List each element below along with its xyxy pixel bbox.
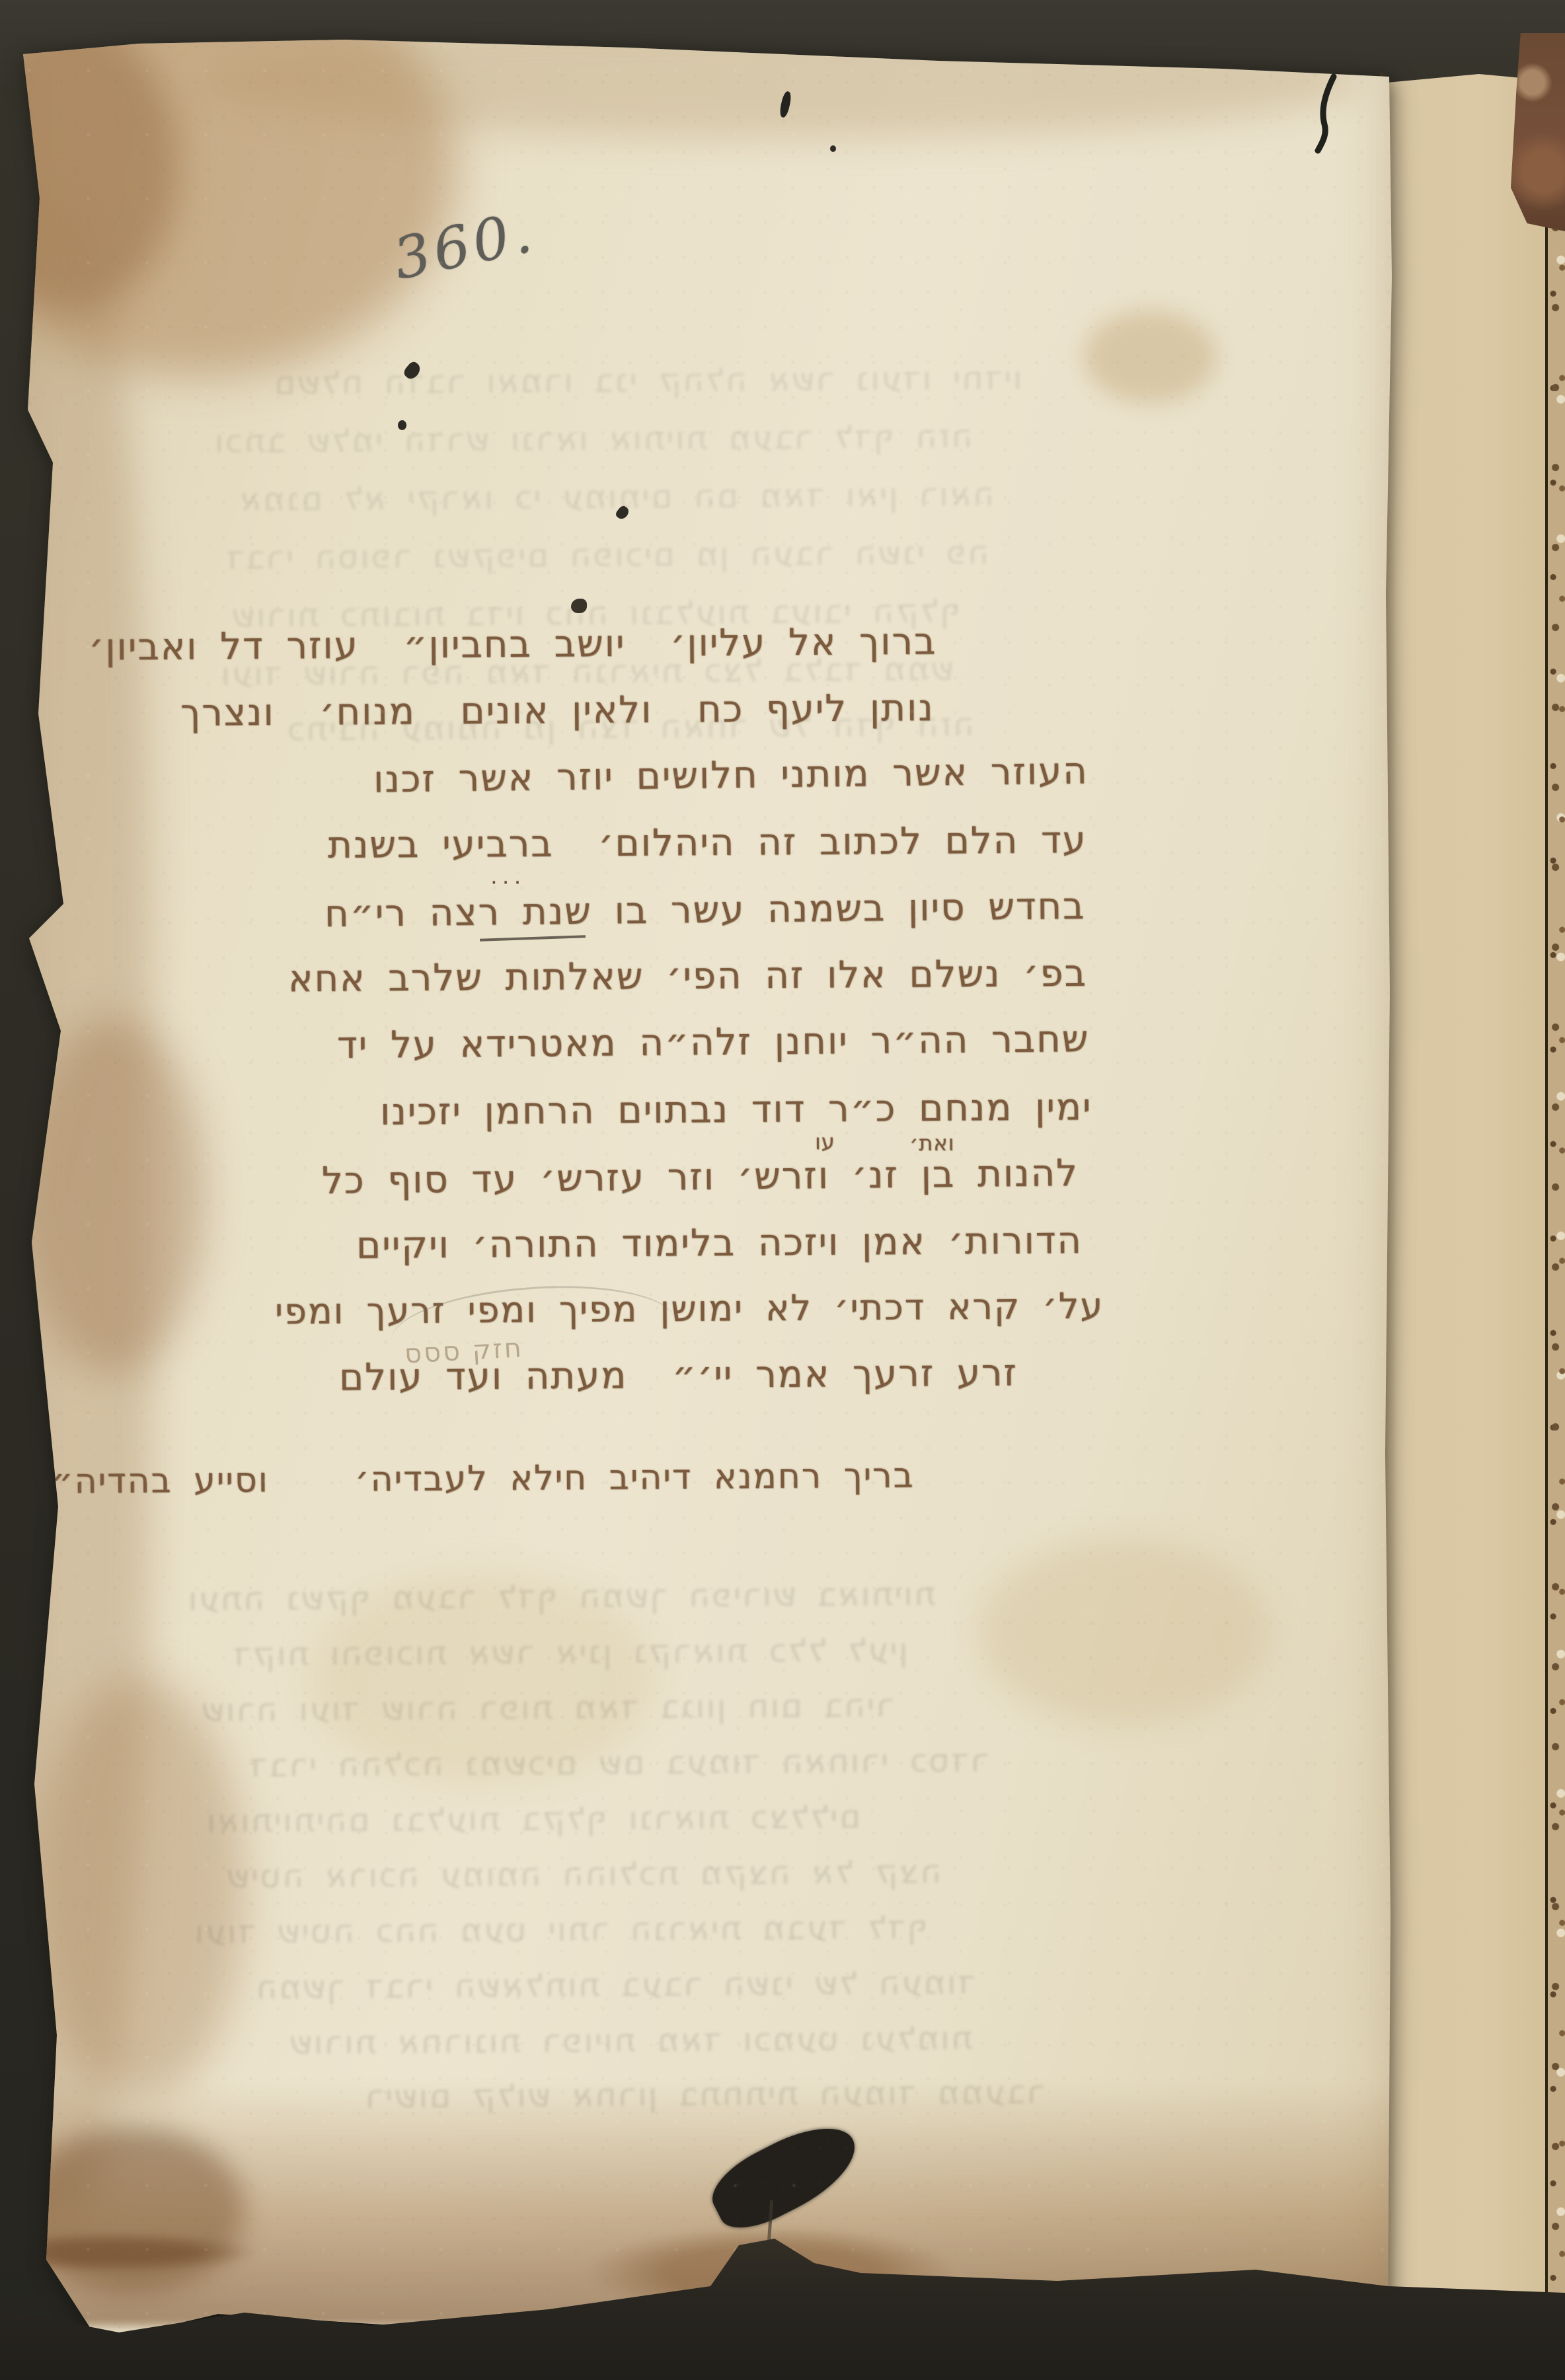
bleedthrough-line: המשך דברי השאלתות בעבר השני של העמוד — [254, 1963, 1140, 2006]
bleedthrough-line: ועוד שיטה כהה מעט יותר הנראית מבעד לדף — [193, 1908, 1151, 1951]
parchment-surface: םשלח הדבר ואמרו בני קהלה אשר נועדו יחדיו… — [0, 0, 1401, 2380]
stain-top-left — [0, 0, 456, 377]
ink-speck-2 — [398, 420, 406, 430]
stain-top-left-dark — [0, 20, 178, 311]
bleedthrough-line: ועוד שורה רפה מאד הנראית כצל בלבד ממש — [219, 650, 1151, 693]
interlinear-note-2: עו — [815, 1131, 835, 1152]
ink-speck-1 — [402, 360, 423, 382]
bleedthrough-line: שורות כתובות בדיו כהה ונבלעות בעובי הקלף — [230, 591, 1142, 635]
bleedthrough-line: כתיבה עמומה מן הצד האחר של הדף הזה — [286, 706, 1131, 749]
bleedthrough-line: שורה ועוד שורה רפות מאד בגוון חום בהיר — [200, 1686, 1151, 1729]
stain-center-low — [311, 1573, 654, 1784]
closing-blessing-line: בריך רחמנא דיהיב חילא לעבדיה׳ וסייע בהדי… — [51, 1458, 915, 1499]
bleedthrough-line: דקות והפוכות אשר אינן נקראות כלל לעין — [231, 1630, 1143, 1674]
manuscript-leaf: םשלח הדבר ואמרו בני קהלה אשר נועדו יחדיו… — [0, 0, 1565, 2380]
manuscript-photo: םשלח הדבר ואמרו בני קהלה אשר נועדו יחדיו… — [0, 0, 1565, 2380]
ink-blob-bottom — [701, 2111, 868, 2241]
colophon-line-8: ימין מנחם כ״ר דוד נבתוים הרחמן יזכינו — [379, 1089, 1092, 1131]
colophon-line-7: שחבר הה״ר יוחנן זלה״ה מאטרידא על יד — [336, 1021, 1089, 1064]
date-underline — [480, 935, 586, 942]
colophon-line-4: עד הלם לכתוב זה היהלום׳ ברביעי בשנת — [328, 822, 1087, 864]
faded-margin-note: חזק ססס — [404, 1333, 524, 1369]
tiny-top-dot — [830, 145, 836, 152]
stain-mid-right — [978, 1540, 1269, 1725]
colophon-line-10: הדורות׳ אמן ויזכה בלימוד התורה׳ ויקיים — [356, 1222, 1083, 1265]
stain-left-column — [0, 198, 152, 2213]
interlinear-note-1: ואת׳ — [909, 1133, 954, 1154]
bleedthrough-line: ועתה נשקף מעבר לדף המשך הפירוש באותיות — [186, 1575, 1151, 1618]
ink-speck-4 — [571, 599, 587, 613]
stain-left-middle — [20, 1018, 205, 1374]
stain-left-lower — [33, 1678, 245, 2101]
bleedthrough-line: וכתב שלמי הדרש ונראו אותיות מעבר לדף הזה — [213, 417, 1151, 461]
colophon-line-2: נותן ליעף כח ולאין אונים מנוח׳ ונצרך — [180, 690, 935, 732]
stain-top-band — [198, 20, 1361, 139]
bleedthrough-line: אמנם לא יקראו כי עמומים הם מאד ואין רואה — [238, 475, 1137, 518]
bleedthrough-line: ואותיותיהם נבלעות בקלף ונראות כצללים — [205, 1797, 1150, 1840]
bleedthrough-line: דברי הסופר נשקפים הפוכים מן העבר השני פה — [225, 533, 1150, 577]
top-right-ink-squiggle — [1313, 73, 1342, 159]
bleedthrough-line: דברי ההלכה נמשכים שם בעמוד האחורי כסדר — [248, 1741, 1140, 1784]
colophon-line-12: זרע זרעך אמר יי׳״ מעתה ועד עולם — [339, 1355, 1018, 1396]
colophon-line-5: בחדש סיון בשמנה עשר בו שנת רצה רי״ח — [324, 888, 1085, 933]
colophon-line-6: בפ׳ נשלם אלו זה הפי׳ שאלתות שלרב אחא — [288, 955, 1087, 998]
folio-number-pencil: 360. — [388, 199, 541, 293]
apostrophe-mark — [779, 91, 792, 118]
bleedthrough-line: שורות אחרונות רפויות מאד וכמעט נעלמות — [287, 2019, 1147, 2062]
colophon-line-1: ברוך אל עליון׳ יושב בחביון״ עוזר דל ואבי… — [88, 624, 936, 667]
pencil-scribble-arc — [389, 1277, 675, 1345]
abbreviation-dots: ··· — [490, 870, 525, 896]
ink-speck-3 — [615, 504, 631, 521]
bleedthrough-line: םשלח הדבר ואמרו בני קהלה אשר נועדו יחדיו — [272, 359, 1131, 402]
stain-bottom-left-dark — [20, 2128, 245, 2293]
stain-right-of-text — [1084, 311, 1216, 403]
colophon-line-9: להנות בן זנ׳ וזרש׳ וזר עזרש׳ עד סוף כל — [322, 1155, 1079, 1200]
colophon-line-11: על׳ קרא דכתי׳ לא ימושן מפיך ומפי זרעך ומ… — [275, 1288, 1104, 1330]
bleedthrough-line: שיטה ארוכה עמומה ההולכת מקצה אל קצה — [225, 1852, 1143, 1896]
bleedthrough-line: רישום קלוש אחרון בתחתית העמוד ממעבר — [363, 2073, 1124, 2116]
colophon-line-3: העוזר אשר מותני חלושים יוזר אשר זכנו — [373, 753, 1088, 798]
